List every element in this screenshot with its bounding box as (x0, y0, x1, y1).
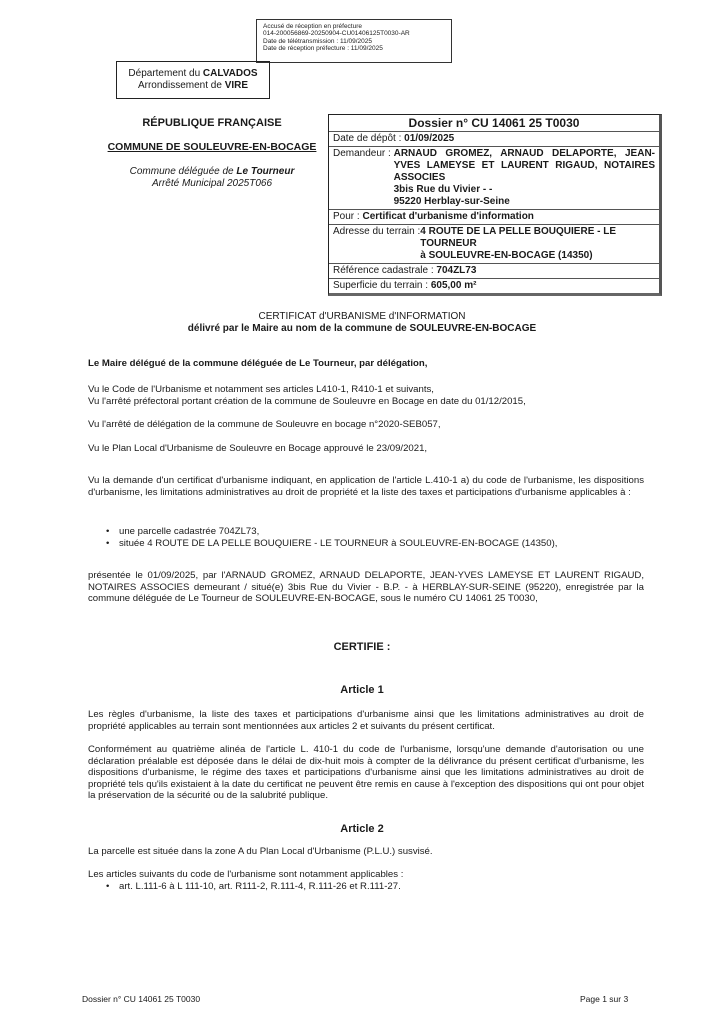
certificate-subtitle: délivré par le Maire au nom de la commun… (0, 323, 724, 335)
superficie-row: Superficie du terrain : 605,00 m² (329, 279, 659, 293)
dossier-title: Dossier n° CU 14061 25 T0030 (329, 115, 659, 132)
article1-heading: Article 1 (0, 684, 724, 696)
page-number: Page 1 sur 3 (580, 994, 628, 1004)
certificate-title: CERTIFICAT d'URBANISME d'INFORMATION (0, 311, 724, 323)
arrete-municipal: Arrêté Municipal 2025T066 (92, 178, 332, 190)
dept-label: Département du (128, 68, 203, 79)
list-item: située 4 ROUTE DE LA PELLE BOUQUIERE - L… (88, 538, 644, 550)
republic-heading: RÉPUBLIQUE FRANÇAISE (92, 117, 332, 129)
intro-line: Le Maire délégué de la commune déléguée … (88, 358, 644, 370)
vu-prefectoral: Vu l'arrêté préfectoral portant création… (88, 396, 644, 408)
ref-label: Référence cadastrale : (333, 265, 436, 276)
dept-name: CALVADOS (203, 68, 258, 79)
article2-list: art. L.111-6 à L 111-10, art. R111-2, R.… (88, 881, 644, 893)
certifie-heading: CERTIFIE : (0, 641, 724, 653)
superficie-value: 605,00 m² (431, 280, 477, 291)
parcel-list: une parcelle cadastrée 704ZL73, située 4… (88, 526, 644, 549)
delegated-commune: Commune déléguée de Le Tourneur Arrêté M… (92, 166, 332, 190)
article1-paragraph2: Conformément au quatrième alinéa de l'ar… (88, 744, 644, 802)
pour-label: Pour : (333, 211, 362, 222)
ref-value: 704ZL73 (436, 265, 476, 276)
certificate-title-block: CERTIFICAT d'URBANISME d'INFORMATION dél… (0, 311, 724, 335)
reference-row: Référence cadastrale : 704ZL73 (329, 264, 659, 279)
arr-name: VIRE (225, 80, 248, 91)
delegated-name: Le Tourneur (236, 166, 294, 177)
adresse-line1: 4 ROUTE DE LA PELLE BOUQUIERE - LE TOURN… (420, 226, 655, 250)
stamp-line: Date de télétransmission : 11/09/2025 (263, 38, 451, 45)
demandeur-row: Demandeur : ARNAUD GROMEZ, ARNAUD DELAPO… (329, 147, 659, 210)
vu-plu: Vu le Plan Local d'Urbanisme de Souleuvr… (88, 443, 644, 455)
vu-demande: Vu la demande d'un certificat d'urbanism… (88, 475, 644, 498)
article2-paragraph1: La parcelle est située dans la zone A du… (88, 846, 644, 858)
article2-paragraph2: Les articles suivants du code de l'urban… (88, 869, 644, 881)
stamp-line: Accusé de réception en préfecture (263, 23, 451, 30)
adresse-label: Adresse du terrain : (333, 226, 420, 262)
pour-value: Certificat d'urbanisme d'information (362, 211, 533, 222)
depot-label: Date de dépôt : (333, 133, 404, 144)
vu-delegation: Vu l'arrêté de délégation de la commune … (88, 419, 644, 431)
stamp-line: Date de réception préfecture : 11/09/202… (263, 45, 451, 52)
dossier-box: Dossier n° CU 14061 25 T0030 Date de dép… (328, 114, 662, 296)
adresse-row: Adresse du terrain : 4 ROUTE DE LA PELLE… (329, 225, 659, 264)
article2-heading: Article 2 (0, 823, 724, 835)
pour-row: Pour : Certificat d'urbanisme d'informat… (329, 210, 659, 225)
demandeur-label: Demandeur : (333, 148, 394, 208)
commune-heading: COMMUNE DE SOULEUVRE-EN-BOCAGE (92, 141, 332, 153)
presented-paragraph: présentée le 01/09/2025, par l'ARNAUD GR… (88, 570, 644, 605)
superficie-label: Superficie du terrain : (333, 280, 431, 291)
prefecture-receipt-stamp: Accusé de réception en préfecture 014-20… (256, 19, 452, 63)
vu-code: Vu le Code de l'Urbanisme et notamment s… (88, 384, 644, 396)
demandeur-value: ARNAUD GROMEZ, ARNAUD DELAPORTE, JEAN-YV… (394, 148, 655, 184)
depot-row: Date de dépôt : 01/09/2025 (329, 132, 659, 147)
arr-label: Arrondissement de (138, 80, 225, 91)
demandeur-addr1: 3bis Rue du Vivier - - (394, 184, 655, 196)
article1-paragraph1: Les règles d'urbanisme, la liste des tax… (88, 709, 644, 732)
depot-value: 01/09/2025 (404, 133, 454, 144)
stamp-line: 014-200056869-20250904-CU01406125T0030-A… (263, 30, 451, 37)
demandeur-addr2: 95220 Herblay-sur-Seine (394, 196, 655, 208)
department-box: Département du CALVADOS Arrondissement d… (116, 61, 270, 99)
footer-dossier: Dossier n° CU 14061 25 T0030 (82, 994, 200, 1004)
delegated-label: Commune déléguée de (130, 166, 237, 177)
list-item: art. L.111-6 à L 111-10, art. R111-2, R.… (88, 881, 644, 893)
adresse-line2: à SOULEUVRE-EN-BOCAGE (14350) (420, 250, 655, 262)
list-item: une parcelle cadastrée 704ZL73, (88, 526, 644, 538)
